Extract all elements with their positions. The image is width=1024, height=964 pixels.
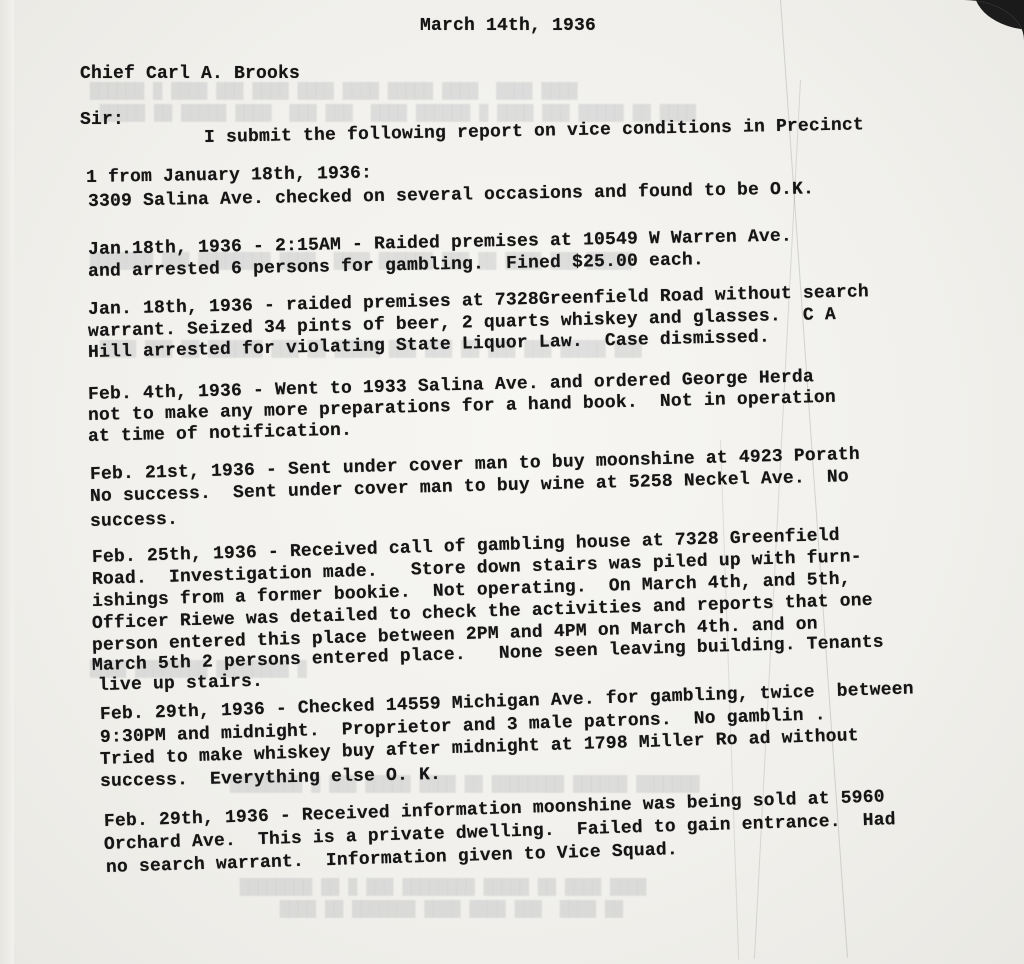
bleed-through-text: ████ ████ ██ █████ ████████ ███ █ ██ ███… — [240, 878, 646, 896]
intro-line: 1 from January 18th, 1936: — [86, 164, 372, 188]
letter-salutation: Sir: — [80, 110, 124, 130]
typewritten-letter-page: ████ ████ ████ █████ ████ ████ ████ ███ … — [0, 0, 1024, 964]
folded-corner-shadow — [974, 0, 1024, 30]
letter-addressee: Chief Carl A. Brooks — [80, 64, 300, 84]
report-line: live up stairs. — [98, 672, 263, 696]
bleed-through-text: ████ ████ ████ █████ ████ ████ ████ ███ … — [90, 82, 578, 100]
page-edge — [0, 0, 14, 964]
letter-date: March 14th, 1936 — [420, 16, 596, 36]
bleed-through-text: ██ ████ ███ ████ ████ ███████ ██ ████ — [280, 900, 623, 918]
report-line: success. — [90, 510, 179, 532]
